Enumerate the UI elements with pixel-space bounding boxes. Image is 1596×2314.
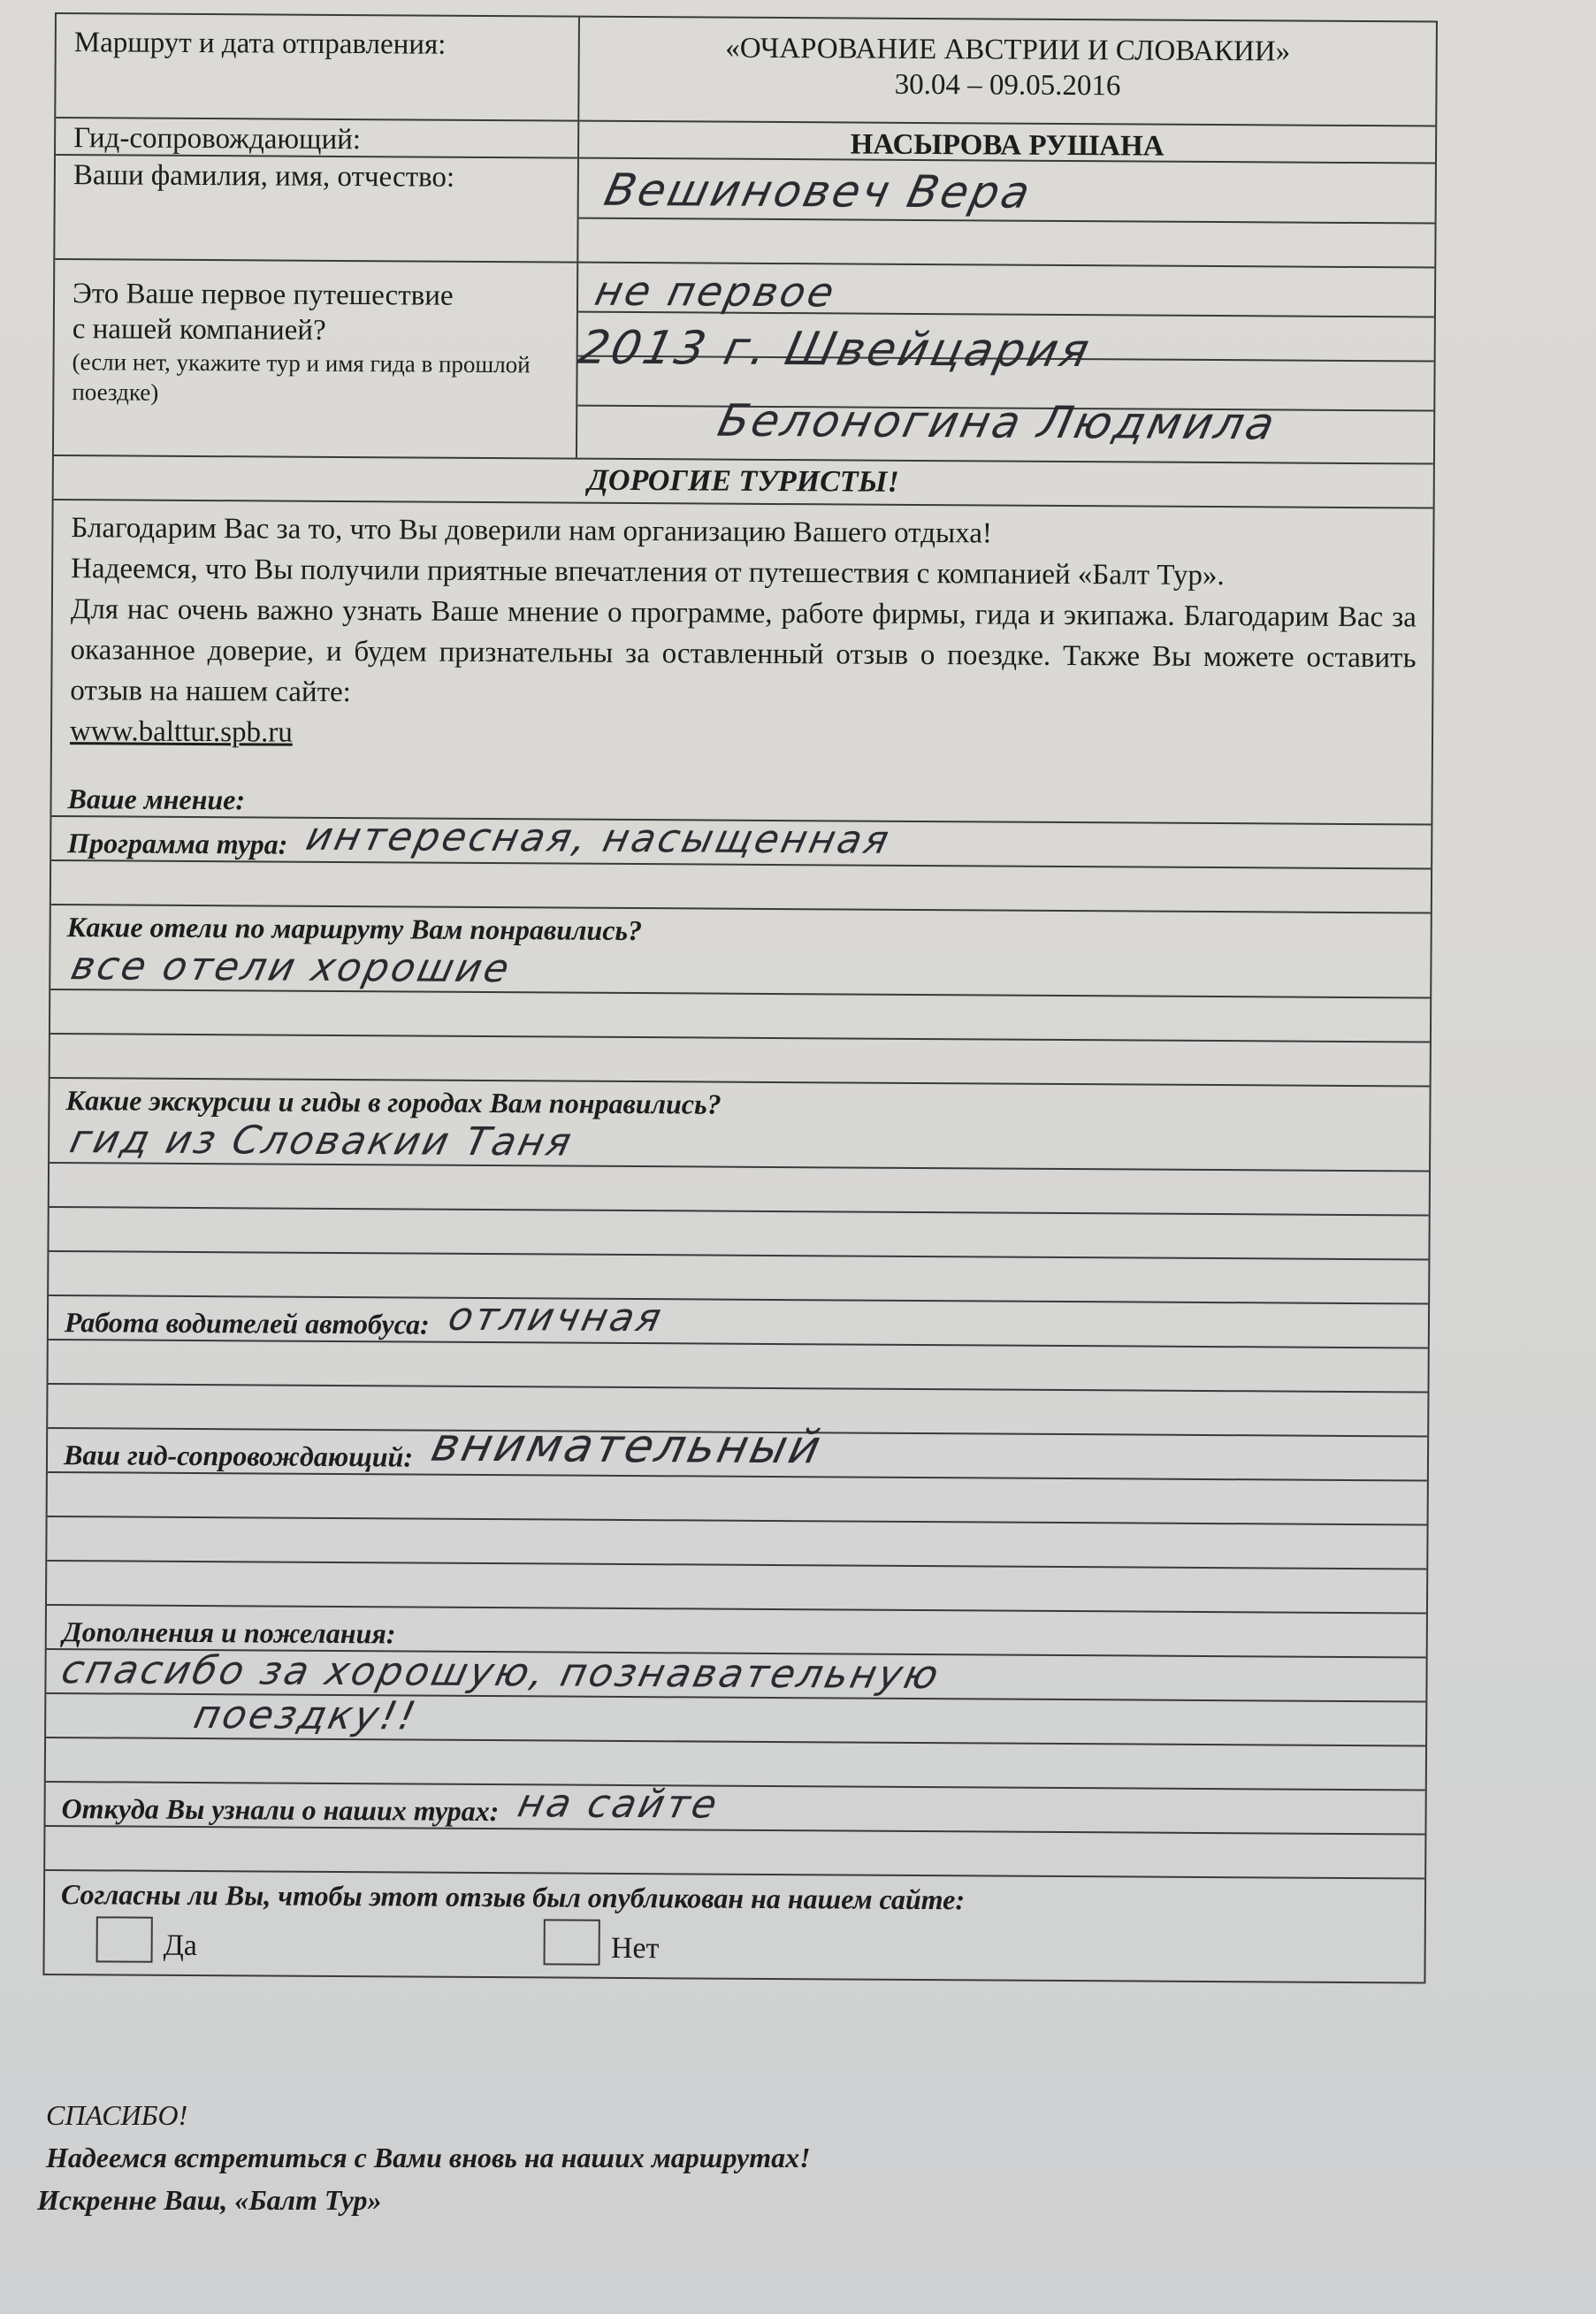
- intro-text: Благодарим Вас за то, что Вы доверили на…: [52, 500, 1433, 769]
- hotels-label: Какие отели по маршруту Вам понравились?: [67, 911, 643, 947]
- first-trip-answer[interactable]: не первое: [591, 267, 841, 317]
- consent-no-option[interactable]: Нет: [544, 1919, 660, 1966]
- previous-trip-field[interactable]: 2013 г. Швейцария: [574, 322, 1096, 378]
- first-trip-hint: (если нет, укажите тур и имя гида в прош…: [72, 347, 567, 409]
- feedback-form: Маршрут и дата отправления: «ОЧАРОВАНИЕ …: [42, 12, 1438, 1984]
- yes-checkbox[interactable]: [96, 1916, 153, 1962]
- hotels-row: Какие отели по маршруту Вам понравились?…: [50, 905, 1431, 999]
- excursions-label: Какие экскурсии и гиды в городах Вам пон…: [65, 1084, 721, 1121]
- excursions-answer[interactable]: гид из Словакии Таня: [66, 1117, 578, 1165]
- excursions-row: Какие экскурсии и гиды в городах Вам пон…: [50, 1079, 1430, 1172]
- wishes-answer-1[interactable]: спасибо за хорошую, познавательную: [57, 1647, 945, 1698]
- wishes-label: Дополнения и пожелания:: [63, 1615, 396, 1650]
- program-label: Программа тура:: [67, 827, 287, 861]
- guide-label: Гид-сопровождающий:: [56, 118, 579, 157]
- previous-guide-field[interactable]: Белоногина Людмила: [714, 395, 1282, 450]
- consent-section: Согласны ли Вы, чтобы этот отзыв был опу…: [44, 1871, 1424, 1984]
- program-answer[interactable]: интересная, насыщенная: [302, 814, 896, 863]
- first-trip-label-1: Это Ваше первое путешествие: [73, 276, 568, 314]
- guide-opinion-answer[interactable]: внимательный: [427, 1419, 829, 1475]
- no-checkbox[interactable]: [544, 1919, 600, 1965]
- fullname-row: Ваши фамилия, имя, отчество: Вешиновеч В…: [55, 156, 1435, 269]
- route-label: Маршрут и дата отправления:: [56, 14, 580, 120]
- opinion-heading: Ваше мнение:: [67, 783, 245, 816]
- consent-question: Согласны ли Вы, чтобы этот отзыв был опу…: [61, 1878, 1409, 1919]
- source-answer[interactable]: на сайте: [514, 1781, 723, 1827]
- route-row: Маршрут и дата отправления: «ОЧАРОВАНИЕ …: [56, 14, 1436, 127]
- route-dates: 30.04 – 09.05.2016: [579, 65, 1435, 106]
- wishes-answer-2[interactable]: поездку!!: [190, 1692, 423, 1738]
- fullname-label: Ваши фамилия, имя, отчество:: [55, 156, 579, 262]
- first-trip-row: Это Ваше первое путешествие с нашей комп…: [54, 260, 1434, 465]
- consent-yes-option[interactable]: Да: [96, 1916, 198, 1963]
- route-name: «ОЧАРОВАНИЕ АВСТРИИ И СЛОВАКИИ»: [580, 30, 1436, 71]
- footer: СПАСИБО! Надеемся встретиться с Вами вно…: [46, 2094, 811, 2221]
- blank-line: [45, 1827, 1424, 1880]
- first-trip-label-2: с нашей компанией?: [73, 311, 568, 349]
- footer-sign: Искренне Ваш, «Балт Тур»: [37, 2179, 811, 2221]
- no-label: Нет: [611, 1932, 660, 1966]
- fullname-field[interactable]: Вешиновеч Вера: [599, 164, 1036, 218]
- intro-paragraph-3: Для нас очень важно узнать Ваше мнение о…: [70, 589, 1417, 719]
- drivers-label: Работа водителей автобуса:: [65, 1306, 430, 1341]
- guide-opinion-label: Ваш гид-сопровождающий:: [64, 1439, 413, 1473]
- footer-thanks: СПАСИБО!: [46, 2094, 811, 2136]
- yes-label: Да: [164, 1929, 198, 1963]
- website-link[interactable]: www.balttur.spb.ru: [70, 715, 293, 749]
- opinion-heading-row: Ваше мнение:: [51, 760, 1431, 826]
- footer-hope: Надеемся встретиться с Вами вновь на наш…: [46, 2136, 811, 2179]
- guide-name: НАСЫРОВА РУШАНА: [579, 122, 1435, 163]
- drivers-answer[interactable]: отличная: [444, 1294, 668, 1340]
- source-label: Откуда Вы узнали о наших турах:: [61, 1792, 499, 1828]
- hotels-answer[interactable]: все отели хорошие: [67, 943, 515, 991]
